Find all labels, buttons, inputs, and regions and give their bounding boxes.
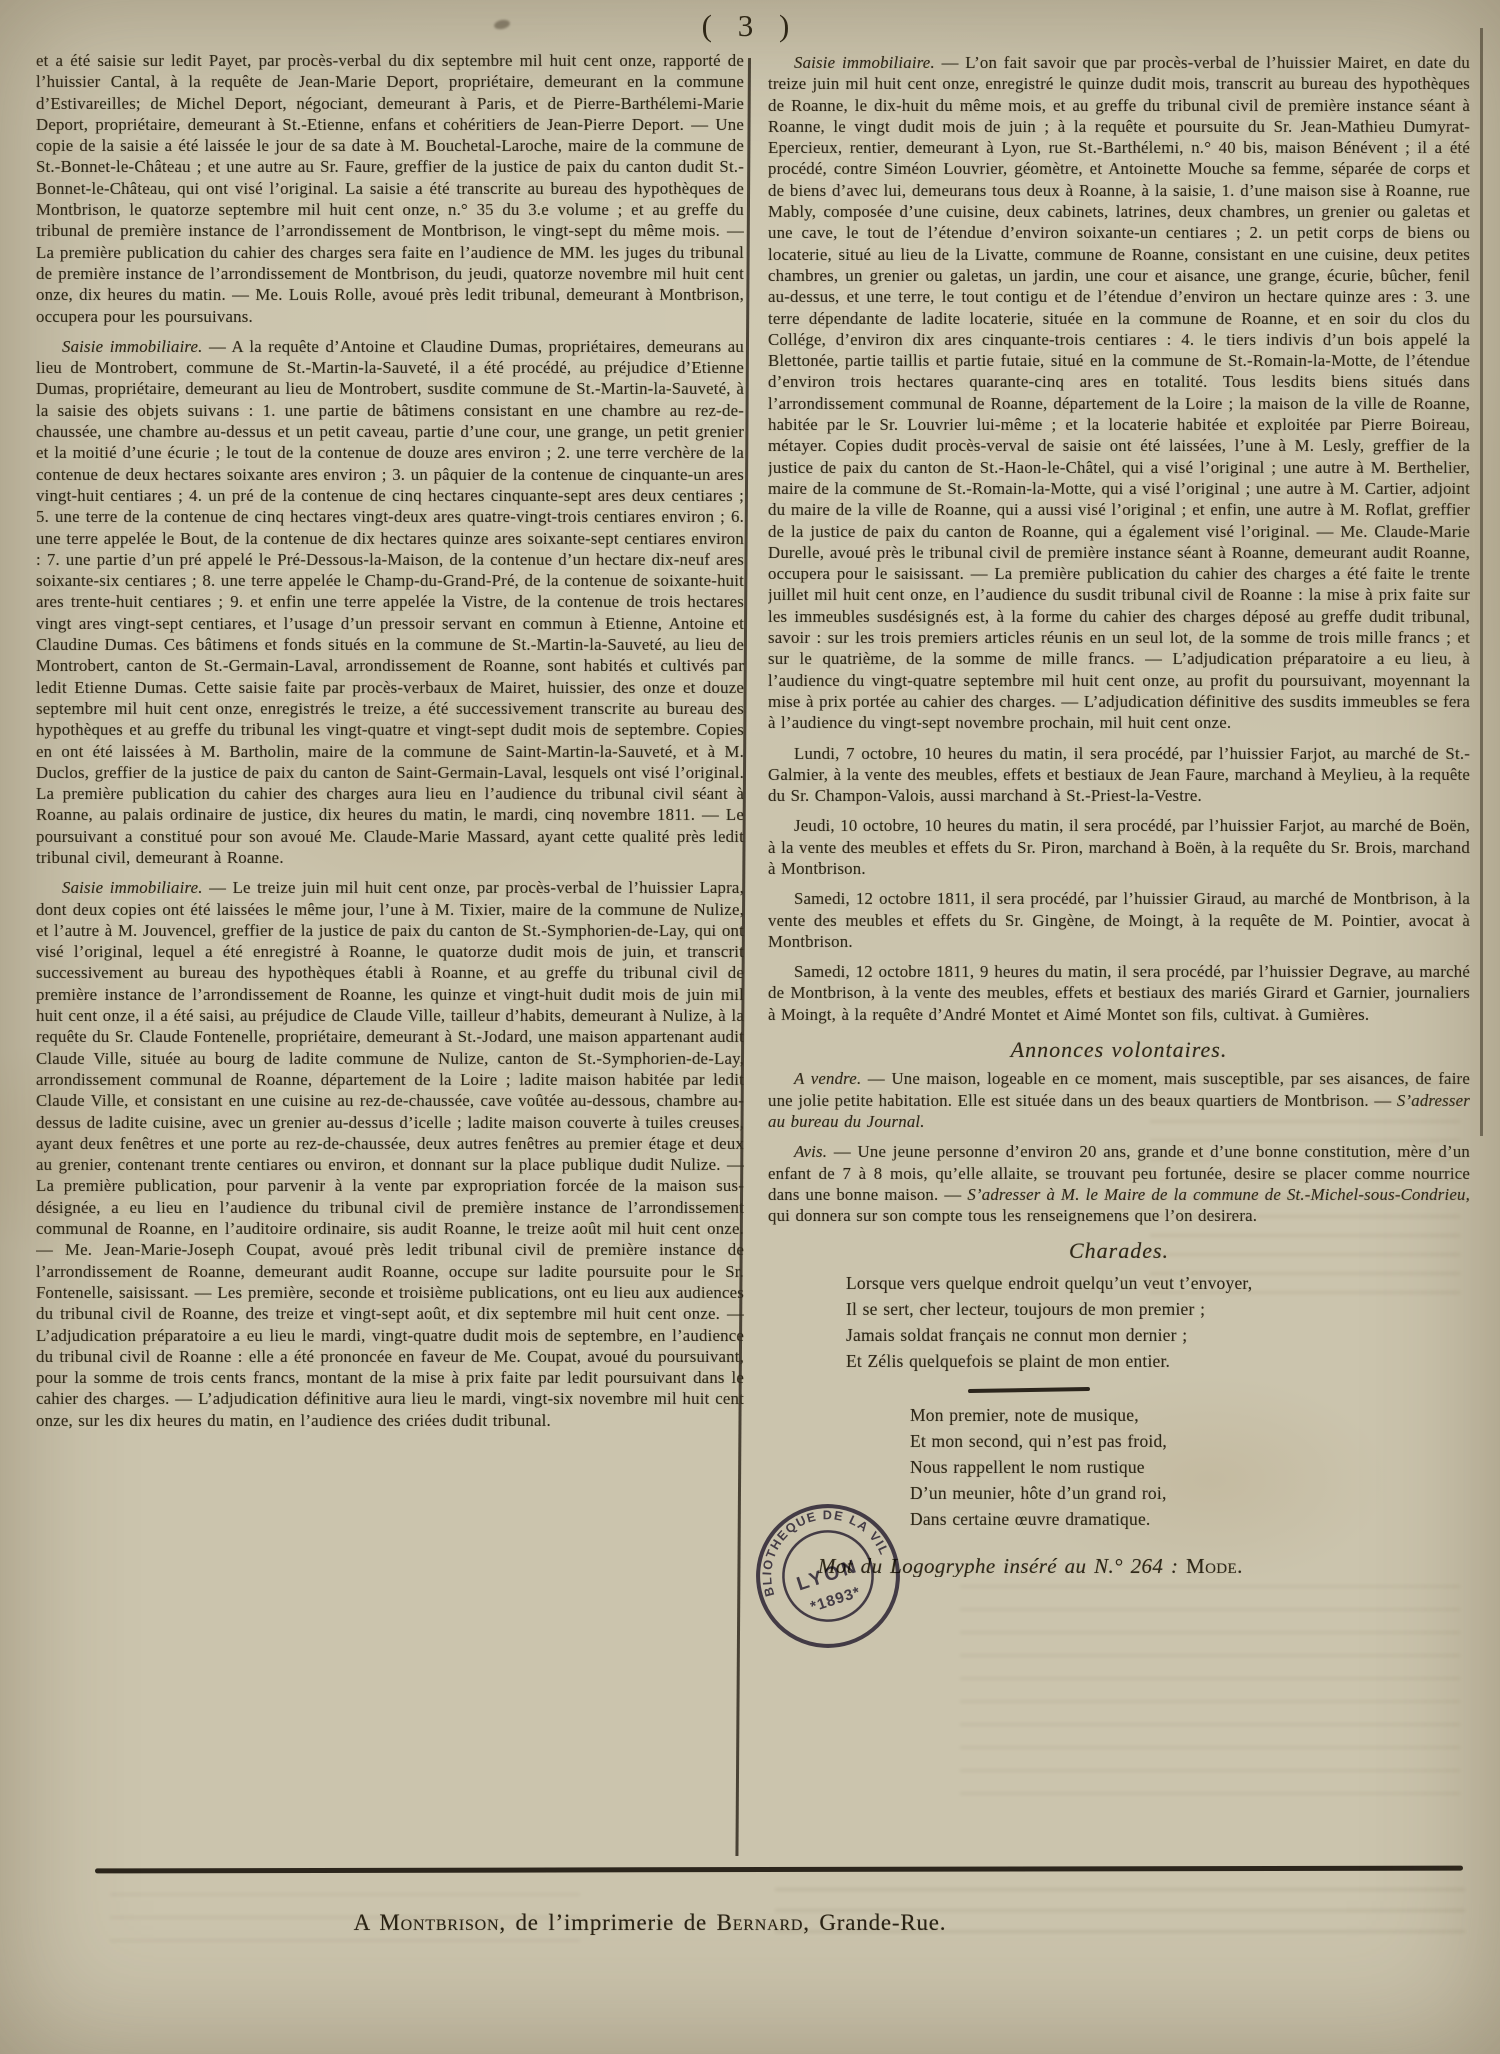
sale-notice: Lundi, 7 octobre, 10 heures du matin, il… <box>768 743 1470 807</box>
paragraph-text: — Le treize juin mil huit cent onze, par… <box>36 878 744 1429</box>
verse-line: Il se sert, cher lecteur, toujours de mo… <box>846 1296 1470 1322</box>
verse-line: Et Zélis quelquefois se plaint de mon en… <box>846 1348 1470 1374</box>
right-column: Saisie immobiliaire. — L’on fait savoir … <box>768 52 1470 1577</box>
newspaper-page: ( 3 ) et a été saisie sur ledit Payet, p… <box>0 0 1500 2054</box>
verse-line: D’un meunier, hôte d’un grand roi, <box>910 1480 1470 1506</box>
footer-printer: Bernard <box>717 1910 804 1935</box>
sale-notice: Samedi, 12 octobre 1811, 9 heures du mat… <box>768 961 1470 1025</box>
logogryphe-text: Mot du Logogryphe inséré au N.° 264 : <box>818 1554 1186 1577</box>
stamp-number-label: *1893* <box>808 1584 862 1616</box>
verse-line: Et mon second, qui n’est pas froid, <box>910 1428 1470 1454</box>
footer-prefix: A <box>354 1910 380 1935</box>
ad-lead: Avis. <box>794 1142 827 1161</box>
page-edge-line <box>1480 28 1483 1136</box>
charade-second: Mon premier, note de musique, Et mon sec… <box>910 1402 1470 1532</box>
charade-divider-rule <box>968 1387 1090 1393</box>
footer-rule <box>95 1866 1463 1874</box>
paragraph-text: — L’on fait savoir que par procès-verbal… <box>768 53 1470 732</box>
footer-street: , Grande-Rue. <box>803 1910 946 1935</box>
bleed-through-texture <box>960 1565 1460 1815</box>
legal-notice-saisie-ville: Saisie immobiliaire. — Le treize juin mi… <box>36 877 744 1431</box>
sale-notice: Jeudi, 10 octobre, 10 heures du matin, i… <box>768 815 1470 879</box>
notice-lead: Saisie immobiliaire. <box>794 53 935 72</box>
ad-text: — Une maison, logeable en ce moment, mai… <box>768 1069 1470 1109</box>
imprint-footer: A Montbrison, de l’imprimerie de Bernard… <box>60 1910 1240 1936</box>
ad-a-vendre: A vendre. — Une maison, logeable en ce m… <box>768 1068 1470 1132</box>
legal-notice-saisie-dumas: Saisie immobiliaire. — A la requête d’An… <box>36 336 744 868</box>
logogryphe-answer: Mot du Logogryphe inséré au N.° 264 : Mo… <box>768 1556 1470 1577</box>
page-number: ( 3 ) <box>0 8 1500 44</box>
verse-line: Lorsque vers quelque endroit quelqu’un v… <box>846 1270 1470 1296</box>
logogryphe-word: Mode. <box>1186 1554 1243 1577</box>
paragraph-text: et a été saisie sur ledit Payet, par pro… <box>36 51 744 326</box>
legal-notice-saisie-louvrier: Saisie immobiliaire. — L’on fait savoir … <box>768 52 1470 734</box>
charade-first: Lorsque vers quelque endroit quelqu’un v… <box>846 1270 1470 1374</box>
footer-mid: , de l’imprimerie de <box>499 1910 716 1935</box>
verse-line: Nous rappellent le nom rustique <box>910 1454 1470 1480</box>
charades-heading: Charades. <box>768 1240 1470 1261</box>
left-column: et a été saisie sur ledit Payet, par pro… <box>36 50 744 1440</box>
ad-avis: Avis. — Une jeune personne d’environ 20 … <box>768 1141 1470 1226</box>
ad-contact-italic: S’adresser à M. le Maire de la commune d… <box>967 1185 1470 1204</box>
paragraph-text: — A la requête d’Antoine et Claudine Dum… <box>36 337 744 867</box>
verse-line: Jamais soldat français ne connut mon der… <box>846 1322 1470 1348</box>
verse-line: Mon premier, note de musique, <box>910 1402 1470 1428</box>
notice-lead: Saisie immobiliaire. <box>62 878 203 897</box>
annonces-heading: Annonces volontaires. <box>768 1039 1470 1060</box>
ad-tail: qui donnera sur son compte tous les rens… <box>768 1206 1257 1225</box>
ad-lead: A vendre. <box>794 1069 861 1088</box>
legal-notice-continuation: et a été saisie sur ledit Payet, par pro… <box>36 50 744 327</box>
verse-line: Dans certaine œuvre dramatique. <box>910 1506 1470 1532</box>
sale-notice: Samedi, 12 octobre 1811, il sera procédé… <box>768 888 1470 952</box>
notice-lead: Saisie immobiliaire. <box>62 337 203 356</box>
footer-city: Montbrison <box>379 1910 499 1935</box>
